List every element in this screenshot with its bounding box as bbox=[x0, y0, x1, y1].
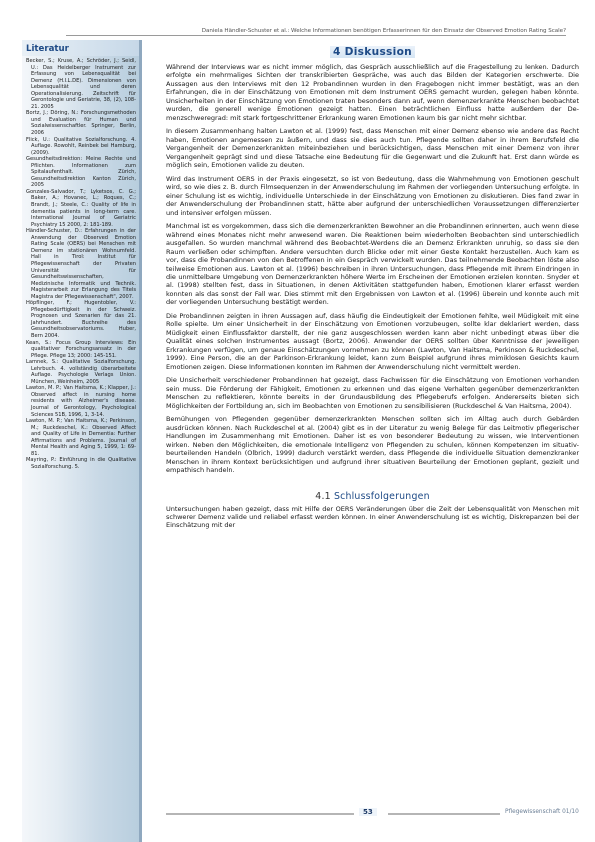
references-title: Literatur bbox=[22, 40, 139, 56]
reference-item: Lamnek, S.: Qualitative Sozialforschung.… bbox=[26, 359, 136, 385]
body-paragraph: Bemühungen von Pflegenden gegenüber deme… bbox=[166, 415, 579, 474]
section-title: 4 Diskussion bbox=[330, 46, 415, 58]
page-number: 53 bbox=[359, 808, 377, 816]
reference-item: Kean, S.: Focus Group Interviews: Ein qu… bbox=[26, 340, 136, 360]
main-content: 4 Diskussion Während der Interviews war … bbox=[166, 46, 579, 535]
references-sidebar: Literatur Becker, S.; Kruse, A.; Schröde… bbox=[22, 40, 139, 842]
reference-item: Lawton, M. P.; Van Haitsma, K.; Klapper,… bbox=[26, 385, 136, 418]
reference-item: Händler-Schuster, D.: Erfahrungen in der… bbox=[26, 228, 136, 300]
body-paragraph: Wird das Instrument OERS in der Praxis e… bbox=[166, 175, 579, 217]
footer-rule bbox=[388, 813, 500, 815]
section-heading: 4 Diskussion bbox=[166, 46, 579, 58]
body-paragraph: Die Probandinnen zeigten in ihren Aussag… bbox=[166, 312, 579, 371]
reference-item: Gesundheitsdirektion: Meine Rechte und P… bbox=[26, 156, 136, 189]
reference-item: Gonzales-Salvador, T.; Lyketsos, C. G.; … bbox=[26, 189, 136, 228]
subsection-number: 4.1 bbox=[315, 491, 331, 502]
reference-item: Becker, S.; Kruse, A.; Schröder, J.; Sei… bbox=[26, 58, 136, 110]
reference-list: Becker, S.; Kruse, A.; Schröder, J.; Sei… bbox=[22, 56, 139, 470]
body-paragraph: Manchmal ist es vorgekommen, dass sich d… bbox=[166, 222, 579, 307]
subsection-title: Schlussfolgerungen bbox=[334, 491, 430, 502]
reference-item: Lawton, M. P.; Van Haitsma, K.; Perkinso… bbox=[26, 418, 136, 457]
body-paragraph: In diesem Zusammenhang halten Lawton et … bbox=[166, 127, 579, 169]
reference-item: Flick, U.: Qualitative Sozialforschung. … bbox=[26, 137, 136, 157]
reference-item: Höpflinger, F.; Hugentobler, V.: Pflegeb… bbox=[26, 300, 136, 339]
page-footer: 53 Pflegewissenschaft 01/10 bbox=[166, 807, 578, 819]
body-paragraph: Während der Interviews war es nicht imme… bbox=[166, 63, 579, 122]
subsection-heading: 4.1 Schlussfolgerungen bbox=[166, 491, 579, 502]
body-paragraph: Die Unsicherheit verschiedener Probandin… bbox=[166, 376, 579, 410]
running-header: Daniela Händler-Schuster et al.: Welche … bbox=[66, 28, 566, 36]
journal-name: Pflegewissenschaft 01/10 bbox=[505, 809, 579, 815]
body-paragraph: Untersuchungen haben gezeigt, dass mit H… bbox=[166, 505, 579, 530]
reference-item: Bortz, J.; Döring, N.: Forschungsmethode… bbox=[26, 110, 136, 136]
reference-item: Mayring, P.: Einführung in die Qualitati… bbox=[26, 457, 136, 470]
footer-rule bbox=[166, 813, 354, 815]
